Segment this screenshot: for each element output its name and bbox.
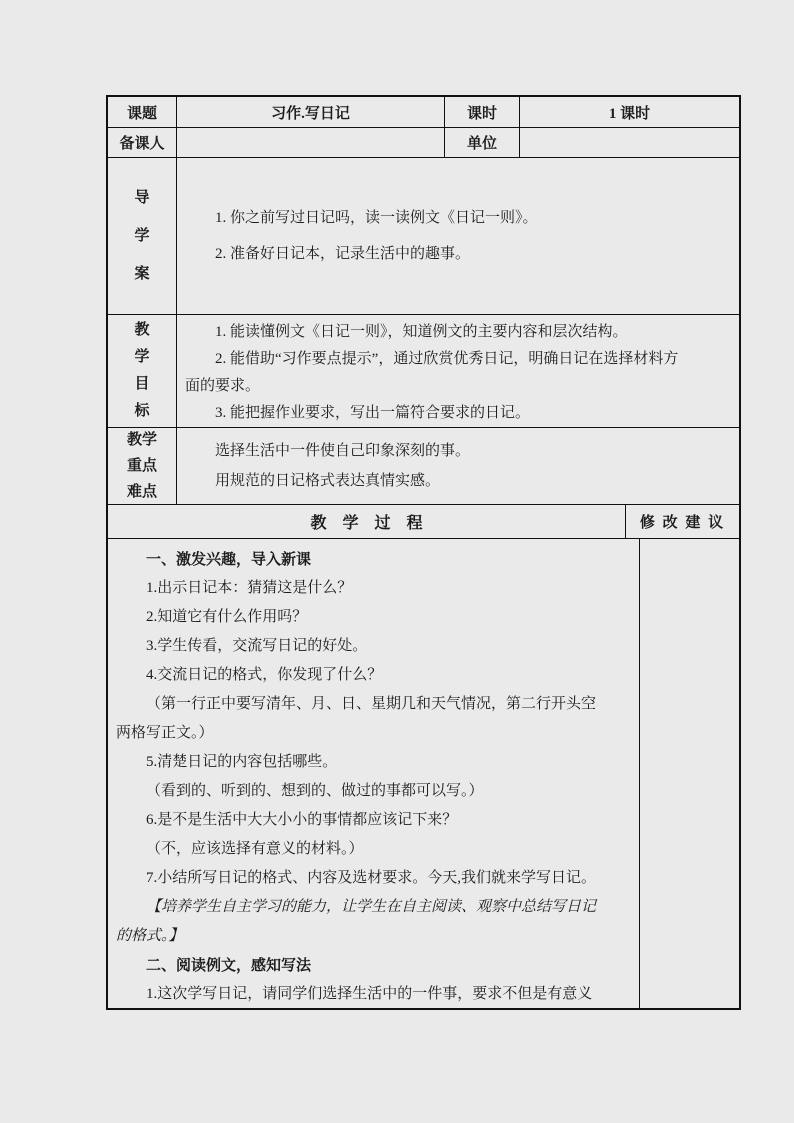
key-point-item: 选择生活中一件使自己印象深刻的事。 [185,436,731,466]
preparer-value [177,128,445,157]
revision-suggestions-header: 修 改 建 议 [626,505,739,538]
key-point-item: 用规范的日记格式表达真情实感。 [185,466,731,496]
guide-plan-label: 导 学 案 [108,158,177,314]
key-points-content: 选择生活中一件使自己印象深刻的事。 用规范的日记格式表达真情实感。 [177,428,739,504]
topic-label: 课题 [108,97,177,127]
process-line: 2.知道它有什么作用吗？ [116,603,633,632]
document-page: { "colors": { "page_background": "#eaeae… [0,0,794,1123]
key-points-label: 教学 重点 难点 [108,428,177,504]
process-line: （第一行正中要写清年、月、日、星期几和天气情况，第二行开头空 [116,690,633,719]
teaching-goals-content: 1. 能读懂例文《日记一则》，知道例文的主要内容和层次结构。 2. 能借助“习作… [177,315,739,427]
class-hours-label: 课时 [445,97,520,127]
goals-label-char: 目 [134,371,149,398]
info-row-topic: 课题 习作.写日记 课时 1 课时 [108,97,739,128]
focus-label-line: 重点 [127,453,157,479]
process-body-row: 一、激发兴趣，导入新课 1.出示日记本：猜猜这是什么？ 2.知道它有什么作用吗？… [108,539,739,1008]
process-line: 4.交流日记的格式，你发现了什么？ [116,661,633,690]
process-line-continuation: 两格写正文。） [116,719,633,748]
class-hours-value: 1 课时 [520,97,739,127]
guide-plan-content: 1. 你之前写过日记吗，读一读例文《日记一则》。 2. 准备好日记本，记录生活中… [177,158,739,314]
goals-label-char: 标 [134,398,149,425]
info-row-preparer: 备课人 单位 [108,128,739,158]
guide-label-char: 学 [134,217,149,255]
teacher-note-line: 【培养学生自主学习的能力，让学生在自主阅读、观察中总结写日记 [116,893,633,922]
goal-item: 2. 能借助“习作要点提示”，通过欣赏优秀日记，明确日记在选择材料方 [185,346,733,373]
goal-item-continuation: 面的要求。 [185,373,733,400]
process-line: （不，应该选择有意义的材料。） [116,835,633,864]
process-line: 3.学生传看，交流写日记的好处。 [116,632,633,661]
process-line: 1.出示日记本：猜猜这是什么？ [116,574,633,603]
goals-label-char: 教 [134,317,149,344]
process-line: 6.是不是生活中大大小小的事情都应该记下来？ [116,806,633,835]
guide-item: 2. 准备好日记本，记录生活中的趣事。 [185,236,731,272]
goals-label-char: 学 [134,344,149,371]
goal-item: 3. 能把握作业要求，写出一篇符合要求的日记。 [185,400,733,427]
teaching-goals-label: 教 学 目 标 [108,315,177,427]
process-line: 7.小结所写日记的格式、内容及选材要求。今天,我们就来学写日记。 [116,864,633,893]
preparer-label: 备课人 [108,128,177,157]
guide-label-char: 案 [134,255,149,293]
focus-label-line: 难点 [127,479,157,505]
unit-value [520,128,739,157]
teaching-process-content: 一、激发兴趣，导入新课 1.出示日记本：猜猜这是什么？ 2.知道它有什么作用吗？… [108,539,640,1008]
process-line: 1.这次学写日记，请同学们选择生活中的一件事，要求不但是有意义 [116,980,633,1008]
process-line: 5.清楚日记的内容包括哪些。 [116,748,633,777]
process-line: （看到的、听到的、想到的、做过的事都可以写。） [116,777,633,806]
teaching-goals-section: 教 学 目 标 1. 能读懂例文《日记一则》，知道例文的主要内容和层次结构。 2… [108,315,739,428]
guide-item: 1. 你之前写过日记吗，读一读例文《日记一则》。 [185,200,731,236]
unit-label: 单位 [445,128,520,157]
focus-label-line: 教学 [127,427,157,453]
teaching-process-header: 教 学 过 程 [108,505,626,538]
guide-label-char: 导 [134,179,149,217]
guide-plan-section: 导 学 案 1. 你之前写过日记吗，读一读例文《日记一则》。 2. 准备好日记本… [108,158,739,315]
process-section-heading: 一、激发兴趣，导入新课 [116,545,633,574]
key-points-section: 教学 重点 难点 选择生活中一件使自己印象深刻的事。 用规范的日记格式表达真情实… [108,428,739,505]
topic-value: 习作.写日记 [177,97,445,127]
goal-item: 1. 能读懂例文《日记一则》，知道例文的主要内容和层次结构。 [185,319,733,346]
lesson-plan-table: 课题 习作.写日记 课时 1 课时 备课人 单位 导 学 案 1. 你之前写过日… [106,95,741,1010]
process-header-row: 教 学 过 程 修 改 建 议 [108,505,739,539]
revision-suggestions-column [640,539,739,1008]
process-section-heading: 二、阅读例文，感知写法 [116,951,633,980]
teacher-note-continuation: 的格式。】 [116,922,633,951]
